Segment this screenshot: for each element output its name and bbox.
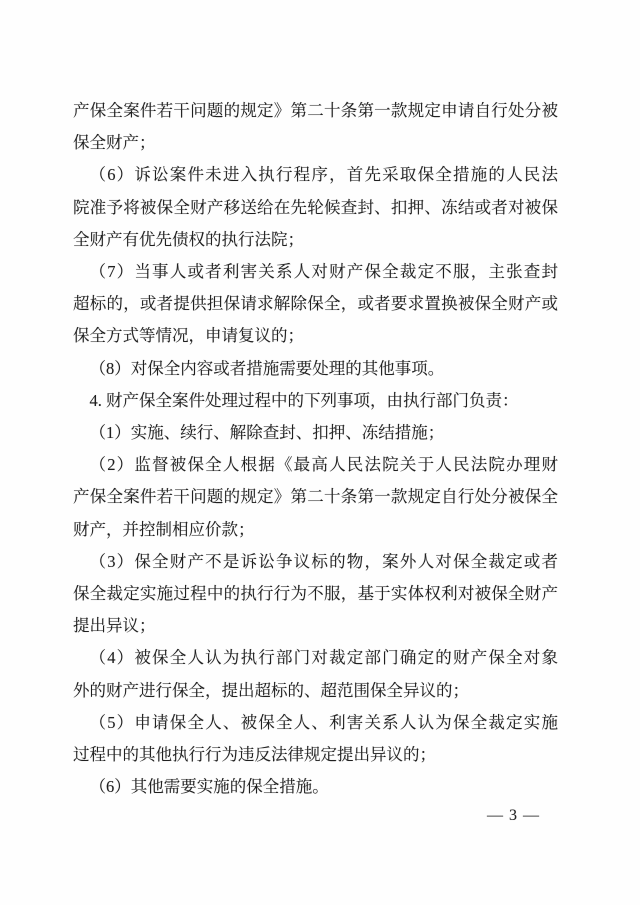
text-line: （8）对保全内容或者措施需要处理的其他事项。 (73, 353, 558, 385)
text-line: （6）诉讼案件未进入执行程序，首先采取保全措施的人民法 (73, 159, 558, 191)
text-line: 院准予将被保全财产移送给在先轮候查封、扣押、冻结或者对被保 (73, 192, 558, 224)
text-line: （7）当事人或者利害关系人对财产保全裁定不服，主张查封 (73, 256, 558, 288)
text-line: （1）实施、续行、解除查封、扣押、冻结措施； (73, 417, 558, 449)
text-line: （3）保全财产不是诉讼争议标的物，案外人对保全裁定或者 (73, 546, 558, 578)
text-line: （5）申请保全人、被保全人、利害关系人认为保全裁定实施 (73, 707, 558, 739)
text-line: 保全裁定实施过程中的执行行为不服，基于实体权利对被保全财产 (73, 578, 558, 610)
document-body: 产保全案件若干问题的规定》第二十条第一款规定申请自行处分被 保全财产； （6）诉… (73, 95, 558, 803)
page-number: — 3 — (487, 804, 540, 828)
text-line: 保全财产； (73, 127, 558, 159)
text-line: 外的财产进行保全，提出超标的、超范围保全异议的； (73, 675, 558, 707)
text-line: 过程中的其他执行行为违反法律规定提出异议的； (73, 739, 558, 771)
text-line: 产保全案件若干问题的规定》第二十条第一款规定申请自行处分被 (73, 95, 558, 127)
text-line: 超标的，或者提供担保请求解除保全，或者要求置换被保全财产或 (73, 288, 558, 320)
text-line: 提出异议； (73, 610, 558, 642)
text-line: 财产，并控制相应价款； (73, 514, 558, 546)
text-line: 产保全案件若干问题的规定》第二十条第一款规定自行处分被保全 (73, 481, 558, 513)
text-line: （4）被保全人认为执行部门对裁定部门确定的财产保全对象 (73, 642, 558, 674)
text-line: 保全方式等情况，申请复议的； (73, 320, 558, 352)
text-line: （2）监督被保全人根据《最高人民法院关于人民法院办理财 (73, 449, 558, 481)
text-line: （6）其他需要实施的保全措施。 (73, 771, 558, 803)
text-line: 4. 财产保全案件处理过程中的下列事项，由执行部门负责： (73, 385, 558, 417)
text-line: 全财产有优先债权的执行法院； (73, 224, 558, 256)
scanned-document-page: 产保全案件若干问题的规定》第二十条第一款规定申请自行处分被 保全财产； （6）诉… (0, 0, 640, 905)
